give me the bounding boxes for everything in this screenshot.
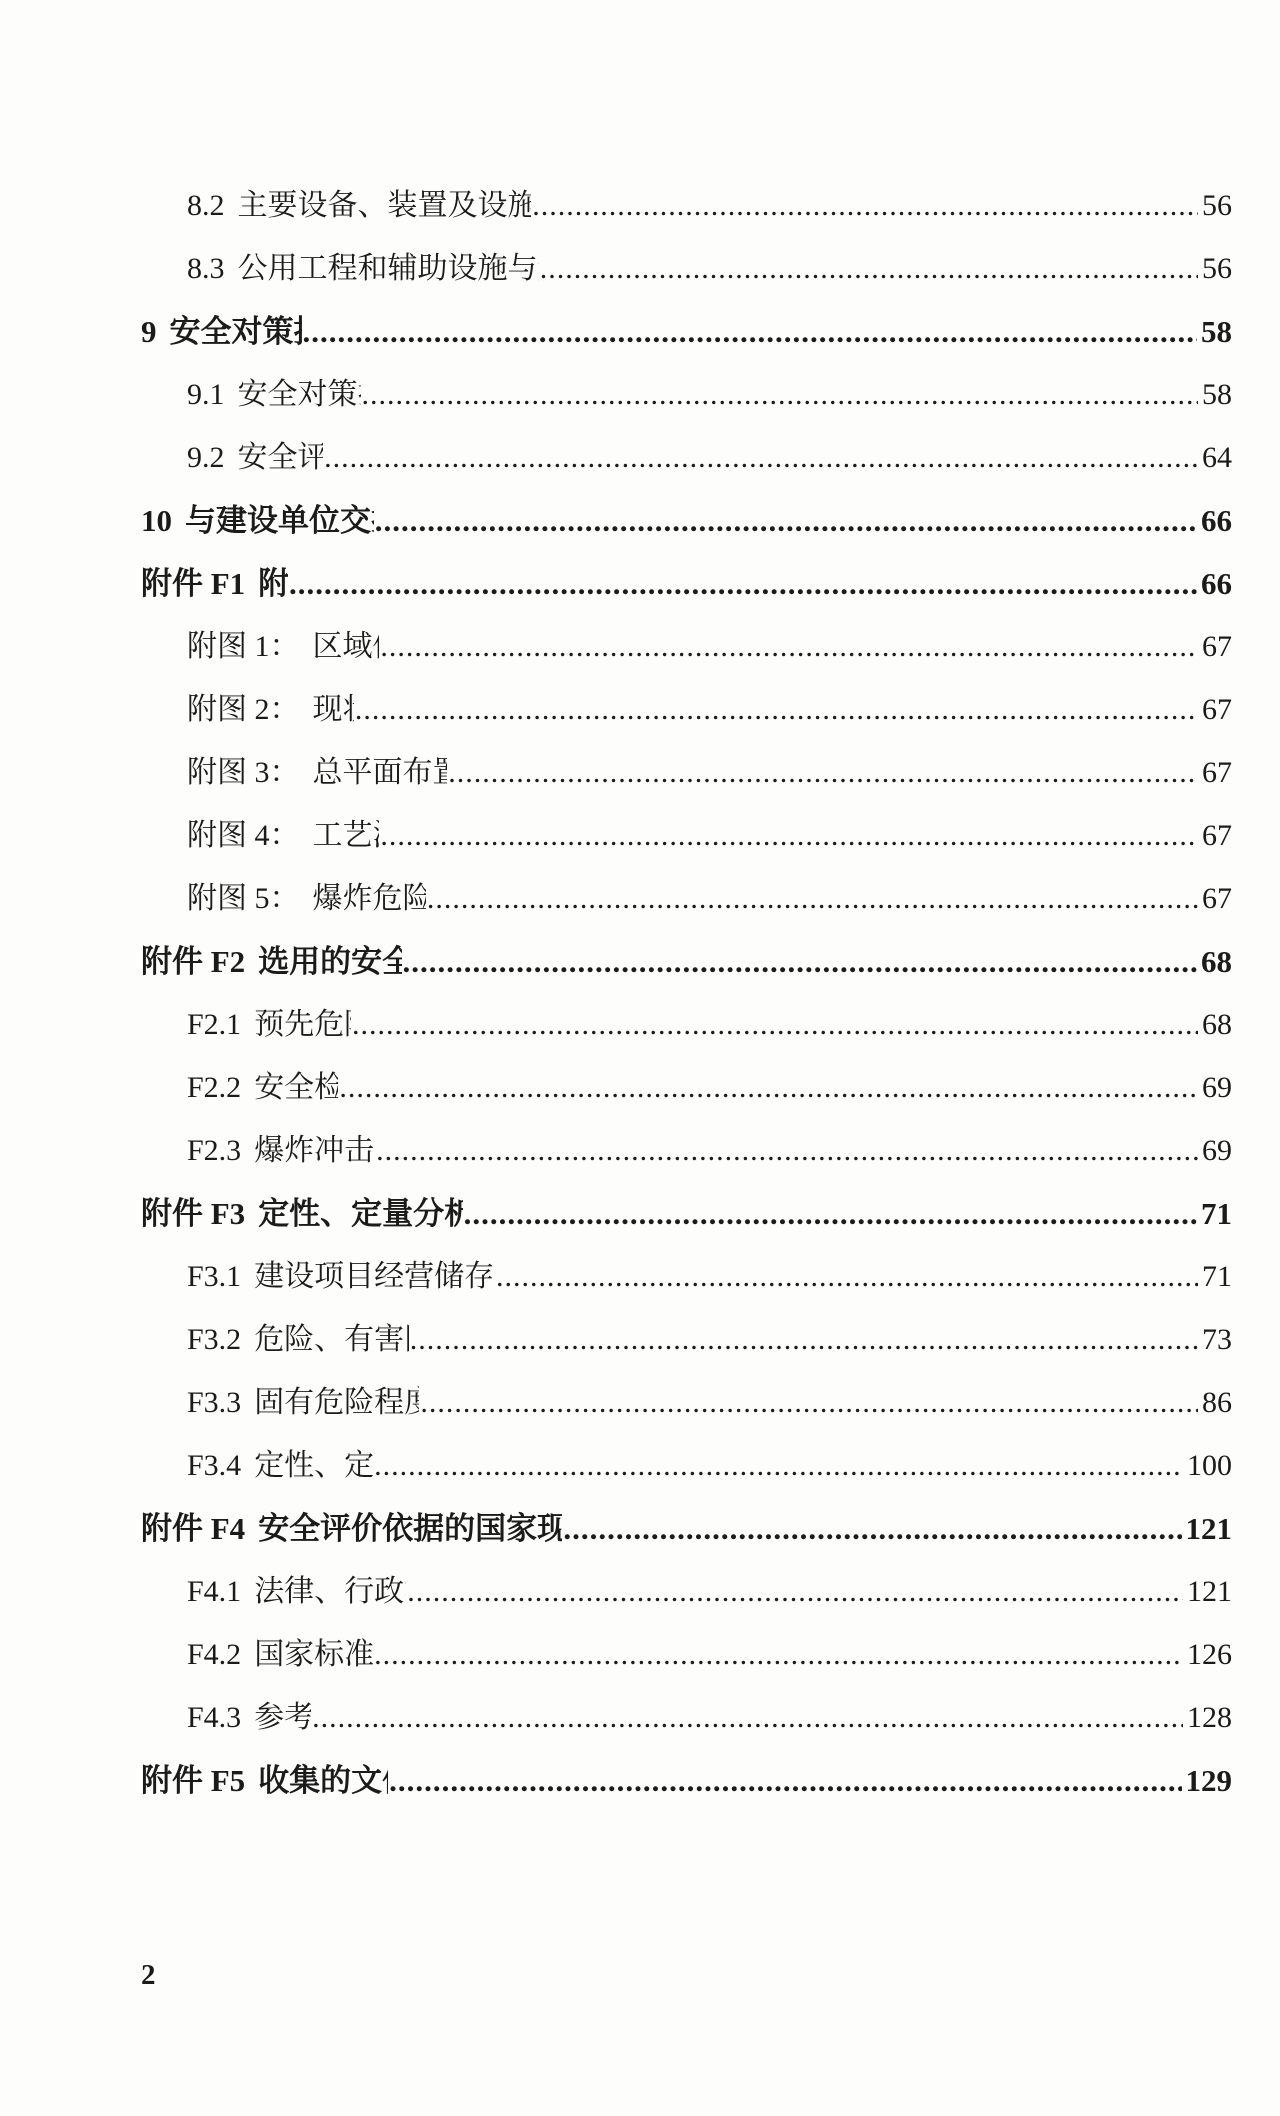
toc-entry: F3.3固有危险程度和风险程度分析86: [141, 1371, 1232, 1434]
dot-leader: [540, 237, 1198, 300]
toc-entry: 附图 1：区域位置图67: [141, 615, 1232, 678]
toc-entry-page: 67: [1202, 867, 1232, 930]
toc-entry: F4.1法律、行政法规和部门规章121: [141, 1560, 1232, 1623]
toc-entry-page: 129: [1186, 1749, 1233, 1812]
toc-entry-title: 预先危险性分析: [254, 993, 351, 1056]
toc-entry-number: 8.2: [187, 174, 225, 237]
toc-entry: 10与建设单位交换意见的情况结果66: [141, 489, 1232, 552]
dot-leader: [355, 678, 1198, 741]
toc-entry-number: F3.2: [187, 1308, 241, 1371]
toc-entry-title: 定性、定量评价过程: [254, 1434, 373, 1497]
toc-entry-number: 9: [141, 300, 157, 363]
toc-entry-title: 区域位置图: [313, 615, 380, 678]
dot-leader: [312, 1686, 1183, 1749]
toc-entry-page: 67: [1202, 615, 1232, 678]
toc-entry-title: 附图: [258, 552, 288, 615]
toc-entry-number: F3.1: [187, 1245, 241, 1308]
toc-entry-title: 固有危险程度和风险程度分析: [254, 1371, 419, 1434]
dot-leader: [407, 1560, 1183, 1623]
toc-entry-title: 国家标准及行业标准: [254, 1623, 373, 1686]
toc-entry-page: 66: [1201, 489, 1232, 552]
toc-entry-number: F4.3: [187, 1686, 241, 1749]
toc-entry: 附图 2：现状图67: [141, 678, 1232, 741]
toc-entry: F2.1预先危险性分析68: [141, 993, 1232, 1056]
toc-entry: 9.1安全对策措施与建议58: [141, 363, 1232, 426]
toc-entry-number: F2.2: [187, 1056, 241, 1119]
toc-entry: 附件 F1附图66: [141, 552, 1232, 615]
toc-entry: F2.3爆炸冲击波模拟分析69: [141, 1119, 1232, 1182]
toc-entry-page: 126: [1187, 1623, 1232, 1686]
toc-entry-title: 爆炸危险区域划分图: [313, 867, 426, 930]
toc-entry-page: 64: [1202, 426, 1232, 489]
toc-entry-page: 68: [1201, 930, 1232, 993]
toc-entry-number: 附图 4：: [187, 804, 300, 867]
dot-leader: [339, 1056, 1198, 1119]
toc-entry-page: 71: [1202, 1245, 1232, 1308]
toc-entry: F3.2危险、有害因素分析与辨识73: [141, 1308, 1232, 1371]
dot-leader: [410, 1308, 1198, 1371]
toc-entry-number: F4.1: [187, 1560, 241, 1623]
dot-leader: [496, 1245, 1198, 1308]
toc-entry-number: 附图 2：: [187, 678, 300, 741]
toc-entry: F3.1建设项目经营储存的物质的理化性能和危险特性71: [141, 1245, 1232, 1308]
toc-entry-title: 法律、行政法规和部门规章: [254, 1560, 406, 1623]
dot-leader: [375, 489, 1197, 552]
toc-entry-number: F3.3: [187, 1371, 241, 1434]
dot-leader: [352, 993, 1198, 1056]
page-number: 2: [141, 1961, 156, 1990]
toc-entry-number: 附图 1：: [187, 615, 300, 678]
dot-leader: [324, 426, 1198, 489]
toc-entry-page: 67: [1202, 741, 1232, 804]
dot-leader: [532, 174, 1198, 237]
toc-entry-title: 主要设备、装置及设施与危险化学品经营、储存过程匹配情况: [238, 174, 532, 237]
dot-leader: [448, 741, 1198, 804]
toc-entry-title: 安全评价依据的国家现行有关安全生产法律、法规和部门规章及标准: [258, 1497, 562, 1560]
toc-entry-number: 附件 F1: [141, 552, 245, 615]
toc-entry: 附图 5：爆炸危险区域划分图67: [141, 867, 1232, 930]
toc-entry: F3.4定性、定量评价过程100: [141, 1434, 1232, 1497]
toc-entry-title: 定性、定量分析危险、有害程度的过程: [258, 1182, 462, 1245]
toc-entry-number: 附件 F5: [141, 1749, 245, 1812]
dot-leader: [362, 363, 1198, 426]
toc-entry-number: F3.4: [187, 1434, 241, 1497]
toc-entry: 附图 4：工艺流程图67: [141, 804, 1232, 867]
dot-leader: [563, 1497, 1181, 1560]
toc-entry-title: 建设项目经营储存的物质的理化性能和危险特性: [254, 1245, 495, 1308]
toc-entry-page: 121: [1187, 1560, 1232, 1623]
toc-entry-number: 附件 F3: [141, 1182, 245, 1245]
toc-entry-page: 69: [1202, 1119, 1232, 1182]
dot-leader: [389, 1749, 1181, 1812]
toc-entry-title: 总平面布置及周边关系图: [313, 741, 448, 804]
toc-entry-number: 附件 F2: [141, 930, 245, 993]
toc-entry-page: 121: [1186, 1497, 1233, 1560]
toc-entry-title: 安全检查表法: [254, 1056, 338, 1119]
toc-entry: F4.2国家标准及行业标准126: [141, 1623, 1232, 1686]
toc-entry: 附件 F4安全评价依据的国家现行有关安全生产法律、法规和部门规章及标准121: [141, 1497, 1232, 1560]
toc-entry-number: F4.2: [187, 1623, 241, 1686]
toc-entry: 8.3公用工程和辅助设施与危险化学品生产经营、储存过程匹配情况56: [141, 237, 1232, 300]
dot-leader: [464, 1182, 1197, 1245]
toc-entry-title: 参考资料: [254, 1686, 311, 1749]
toc-entry: 8.2主要设备、装置及设施与危险化学品经营、储存过程匹配情况56: [141, 174, 1232, 237]
toc-entry-page: 56: [1202, 237, 1232, 300]
toc-entry-title: 安全评价结论: [238, 426, 324, 489]
toc-entry-page: 68: [1202, 993, 1232, 1056]
toc-entry-title: 工艺流程图: [313, 804, 380, 867]
dot-leader: [374, 1434, 1183, 1497]
toc-entry-title: 选用的安全评价方法简介: [258, 930, 401, 993]
toc-entry: 附图 3：总平面布置及周边关系图67: [141, 741, 1232, 804]
dot-leader: [420, 1371, 1198, 1434]
toc-entry-page: 66: [1201, 552, 1232, 615]
toc-entry: 附件 F3定性、定量分析危险、有害程度的过程71: [141, 1182, 1232, 1245]
dot-leader: [403, 930, 1197, 993]
toc-entry-number: 8.3: [187, 237, 225, 300]
dot-leader: [289, 552, 1197, 615]
toc-entry-number: 附图 5：: [187, 867, 300, 930]
toc-entry-title: 现状图: [313, 678, 354, 741]
toc-entry-title: 危险、有害因素分析与辨识: [254, 1308, 409, 1371]
toc-entry-number: 10: [141, 489, 172, 552]
toc-entry-page: 100: [1187, 1434, 1232, 1497]
toc-entry-page: 58: [1201, 300, 1232, 363]
toc-entry-number: 9.2: [187, 426, 225, 489]
toc-entry-page: 67: [1202, 804, 1232, 867]
toc-entry-title: 安全对策措施与建议: [238, 363, 361, 426]
dot-leader: [303, 300, 1197, 363]
toc-entry: 9.2安全评价结论64: [141, 426, 1232, 489]
dot-leader: [380, 804, 1198, 867]
toc-entry-number: 9.1: [187, 363, 225, 426]
dot-leader: [376, 1119, 1198, 1182]
toc-entry-title: 收集的文件、资料目录: [258, 1749, 388, 1812]
toc-entry-number: F2.3: [187, 1119, 241, 1182]
dot-leader: [374, 1623, 1183, 1686]
toc-entry-page: 128: [1187, 1686, 1232, 1749]
toc-entry-page: 73: [1202, 1308, 1232, 1371]
toc-entry-page: 56: [1202, 174, 1232, 237]
toc-entry-page: 67: [1202, 678, 1232, 741]
toc-entry-title: 公用工程和辅助设施与危险化学品生产经营、储存过程匹配情况: [238, 237, 539, 300]
toc-entry-number: 附图 3：: [187, 741, 300, 804]
toc-entry: 9安全对策措施和结论58: [141, 300, 1232, 363]
table-of-contents: 8.2主要设备、装置及设施与危险化学品经营、储存过程匹配情况56 8.3公用工程…: [141, 174, 1232, 1812]
toc-entry-page: 58: [1202, 363, 1232, 426]
toc-entry-number: F2.1: [187, 993, 241, 1056]
toc-entry: 附件 F5收集的文件、资料目录129: [141, 1749, 1232, 1812]
dot-leader: [380, 615, 1198, 678]
toc-entry-title: 与建设单位交换意见的情况结果: [185, 489, 374, 552]
toc-entry: 附件 F2选用的安全评价方法简介68: [141, 930, 1232, 993]
toc-entry-page: 69: [1202, 1056, 1232, 1119]
dot-leader: [427, 867, 1198, 930]
toc-entry-title: 爆炸冲击波模拟分析: [254, 1119, 375, 1182]
toc-entry: F4.3参考资料128: [141, 1686, 1232, 1749]
toc-entry-title: 安全对策措施和结论: [170, 300, 302, 363]
scanned-document-page: 8.2主要设备、装置及设施与危险化学品经营、储存过程匹配情况56 8.3公用工程…: [0, 0, 1280, 2116]
toc-entry-number: 附件 F4: [141, 1497, 245, 1560]
toc-entry-page: 71: [1201, 1182, 1232, 1245]
toc-entry-page: 86: [1202, 1371, 1232, 1434]
toc-entry: F2.2安全检查表法69: [141, 1056, 1232, 1119]
